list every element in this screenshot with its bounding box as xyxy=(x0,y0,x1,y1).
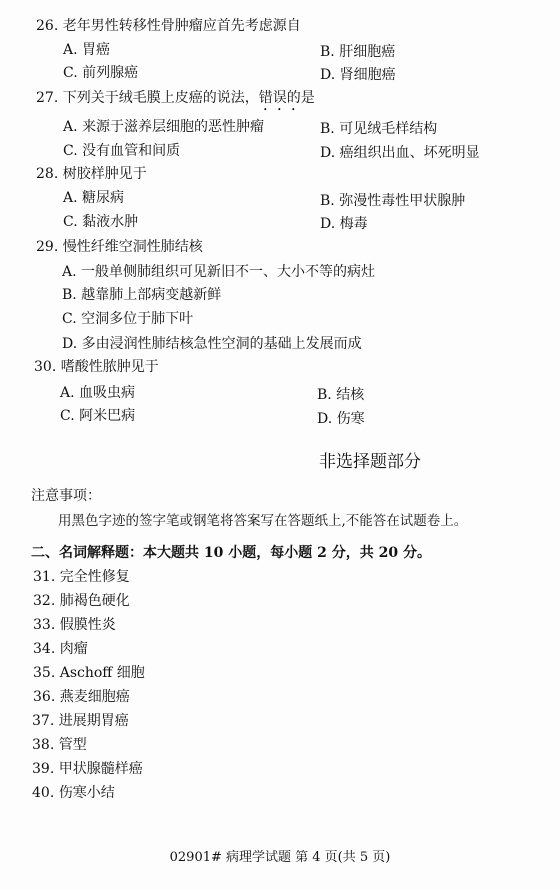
q29-option-b: B. 越靠肺上部病变越新鲜 xyxy=(62,286,221,304)
q27-option-c: C. 没有血管和间质 xyxy=(63,142,180,160)
term-item: 34. 肉瘤 xyxy=(33,640,88,658)
q30-option-c: C. 阿米巴病 xyxy=(60,407,135,425)
term-item: 39. 甲状腺髓样癌 xyxy=(32,760,143,778)
part-title: 非选择题部分 xyxy=(0,451,560,473)
notice-heading: 注意事项： xyxy=(31,487,101,505)
term-item: 36. 燕麦细胞癌 xyxy=(33,688,130,706)
question-text: 慢性纤维空洞性肺结核 xyxy=(63,239,203,255)
question-29-stem: 29. 慢性纤维空洞性肺结核 xyxy=(36,238,203,256)
question-27-stem: 27. 下列关于绒毛膜上皮癌的说法，错误的是 xyxy=(36,89,315,114)
q29-option-c: C. 空洞多位于肺下叶 xyxy=(62,310,193,328)
question-number: 30. xyxy=(34,359,56,375)
q26-option-a: A. 胃癌 xyxy=(63,41,110,59)
term-item: 37. 进展期胃癌 xyxy=(32,712,129,730)
q26-option-d: D. 肾细胞癌 xyxy=(320,66,396,84)
term-item: 32. 肺褐色硬化 xyxy=(33,592,130,610)
term-item: 31. 完全性修复 xyxy=(33,568,130,586)
q26-option-c: C. 前列腺癌 xyxy=(63,64,138,82)
q28-option-d: D. 梅毒 xyxy=(320,215,368,233)
q29-option-d: D. 多由浸润性肺结核急性空洞的基础上发展而成 xyxy=(62,335,362,353)
question-text-tail: 是 xyxy=(301,90,315,106)
question-number: 26. xyxy=(36,18,58,34)
q27-option-a: A. 来源于滋养层细胞的恶性肿瘤 xyxy=(63,118,264,136)
q28-option-a: A. 糖尿病 xyxy=(63,189,124,207)
question-30-stem: 30. 嗜酸性脓肿见于 xyxy=(34,358,159,376)
question-number: 28. xyxy=(36,166,58,182)
question-text: 下列关于绒毛膜上皮癌的说法， xyxy=(63,90,259,106)
q29-option-a: A. 一般单侧肺组织可见新旧不一、大小不等的病灶 xyxy=(62,263,375,281)
term-item: 38. 管型 xyxy=(32,736,87,754)
emphasized-text: 错误的 xyxy=(259,90,301,106)
q28-option-c: C. 黏液水肿 xyxy=(63,213,138,231)
q30-option-a: A. 血吸虫病 xyxy=(60,384,135,402)
question-26-stem: 26. 老年男性转移性骨肿瘤应首先考虑源自 xyxy=(36,17,301,35)
question-number: 27. xyxy=(36,90,58,106)
question-text: 老年男性转移性骨肿瘤应首先考虑源自 xyxy=(63,18,301,34)
q30-option-b: B. 结核 xyxy=(317,386,364,404)
question-28-stem: 28. 树胶样肿见于 xyxy=(36,165,147,183)
question-text: 嗜酸性脓肿见于 xyxy=(61,359,159,375)
section-2-heading: 二、名词解释题：本大题共 10 小题，每小题 2 分，共 20 分。 xyxy=(31,544,431,562)
q27-option-d: D. 癌组织出血、坏死明显 xyxy=(320,144,480,162)
q27-option-b: B. 可见绒毛样结构 xyxy=(320,120,437,138)
term-item: 40. 伤寒小结 xyxy=(32,784,115,802)
q26-option-b: B. 肝细胞癌 xyxy=(320,43,395,61)
page-footer: 02901# 病理学试题 第 4 页(共 5 页) xyxy=(0,846,560,865)
term-item: 35. Aschoff 细胞 xyxy=(33,664,145,682)
question-number: 29. xyxy=(36,239,58,255)
question-text: 树胶样肿见于 xyxy=(63,166,147,182)
q30-option-d: D. 伤寒 xyxy=(317,410,365,428)
q28-option-b: B. 弥漫性毒性甲状腺肿 xyxy=(320,192,465,210)
notice-body: 用黑色字迹的签字笔或钢笔将答案写在答题纸上,不能答在试题卷上。 xyxy=(58,512,467,530)
term-item: 33. 假膜性炎 xyxy=(33,616,116,634)
exam-page: 26. 老年男性转移性骨肿瘤应首先考虑源自 A. 胃癌 B. 肝细胞癌 C. 前… xyxy=(0,0,560,890)
